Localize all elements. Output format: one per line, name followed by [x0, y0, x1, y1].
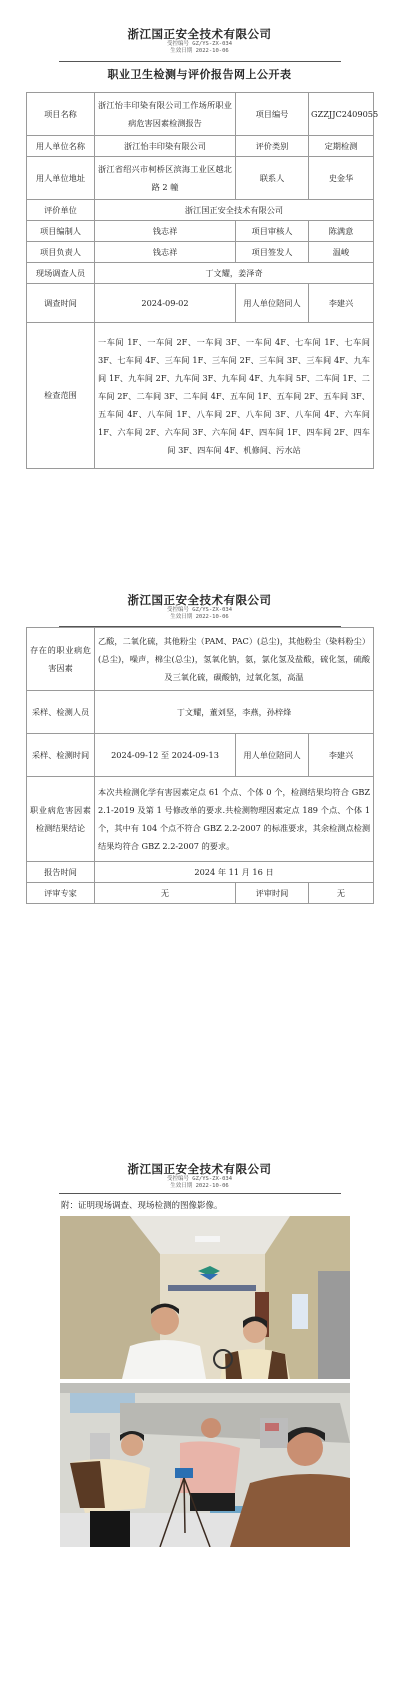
value-eval-type: 定期检测 — [309, 136, 374, 157]
label-accompany: 用人单位陪同人 — [236, 284, 309, 323]
value-accompany: 李建兴 — [309, 734, 374, 777]
page2-header: 浙江国正安全技术有限公司 受控编号 GZ/YS-ZX-034 生效日期 2022… — [0, 593, 399, 621]
disclosure-table-1b: 项目编制人 钱志祥 项目审核人 陈满意 项目负责人 钱志祥 项目签发人 温峻 现… — [26, 220, 374, 469]
label-hazards: 存在的职业病危害因素 — [27, 628, 95, 691]
site-testing-photo — [60, 1383, 350, 1547]
effective-date: 生效日期 2022-10-06 — [0, 1183, 399, 1190]
header-rule — [59, 61, 341, 62]
label-compiler: 项目编制人 — [27, 221, 95, 242]
label-issuer: 项目签发人 — [236, 242, 309, 263]
appendix-caption: 附：证明现场调查、现场检测的图像影像。 — [61, 1199, 223, 1211]
value-report-time: 2024 年 11 月 16 日 — [95, 862, 374, 883]
label-eval-type: 评价类别 — [236, 136, 309, 157]
value-conclusion: 本次共检测化学有害因素定点 61 个点、个体 0 个，检测结果均符合 GBZ 2… — [95, 777, 374, 862]
disclosure-table-1: 项目名称 浙江怡丰印染有限公司工作场所职业病危害因素检测报告 项目编号 GZZJ… — [26, 92, 374, 221]
label-reviewer: 项目审核人 — [236, 221, 309, 242]
effective-date: 生效日期 2022-10-06 — [0, 48, 399, 55]
label-surveyors: 现场调查人员 — [27, 263, 95, 284]
page1-header: 浙江国正安全技术有限公司 受控编号 GZ/YS-ZX-034 生效日期 2022… — [0, 27, 399, 55]
company-name: 浙江国正安全技术有限公司 — [0, 1162, 399, 1176]
label-review-time: 评审时间 — [236, 883, 309, 904]
effective-date: 生效日期 2022-10-06 — [0, 614, 399, 621]
disclosure-table-2: 存在的职业病危害因素 乙酸，二氧化硫，其他粉尘（PAM、PAC）(总尘)，其他粉… — [26, 627, 374, 904]
control-number: 受控编号 GZ/YS-ZX-034 — [0, 41, 399, 48]
site-survey-illustration — [60, 1216, 350, 1379]
value-reviewer: 陈满意 — [309, 221, 374, 242]
label-contact: 联系人 — [236, 157, 309, 200]
label-leader: 项目负责人 — [27, 242, 95, 263]
value-hazards: 乙酸，二氧化硫，其他粉尘（PAM、PAC）(总尘)，其他粉尘（染料粉尘）(总尘)… — [95, 628, 374, 691]
value-compiler: 钱志祥 — [95, 221, 236, 242]
company-name: 浙江国正安全技术有限公司 — [0, 593, 399, 607]
value-sample-time: 2024-09-12 至 2024-09-13 — [95, 734, 236, 777]
value-issuer: 温峻 — [309, 242, 374, 263]
label-expert: 评审专家 — [27, 883, 95, 904]
label-employer-name: 用人单位名称 — [27, 136, 95, 157]
header-rule — [59, 1193, 341, 1194]
value-eval-unit: 浙江国正安全技术有限公司 — [95, 200, 374, 221]
label-project-name: 项目名称 — [27, 93, 95, 136]
page3-header: 浙江国正安全技术有限公司 受控编号 GZ/YS-ZX-034 生效日期 2022… — [0, 1162, 399, 1190]
value-employer-name: 浙江怡丰印染有限公司 — [95, 136, 236, 157]
value-project-name: 浙江怡丰印染有限公司工作场所职业病危害因素检测报告 — [95, 93, 236, 136]
site-testing-illustration — [60, 1383, 350, 1547]
control-number: 受控编号 GZ/YS-ZX-034 — [0, 1176, 399, 1183]
value-surveyors: 丁文耀，姜泽奇 — [95, 263, 374, 284]
page-title: 职业卫生检测与评价报告网上公开表 — [0, 66, 399, 82]
label-report-time: 报告时间 — [27, 862, 95, 883]
label-project-no: 项目编号 — [236, 93, 309, 136]
value-survey-time: 2024-09-02 — [95, 284, 236, 323]
value-leader: 钱志祥 — [95, 242, 236, 263]
value-accompany: 李建兴 — [309, 284, 374, 323]
value-contact: 史金华 — [309, 157, 374, 200]
label-sample-time: 采样、检测时间 — [27, 734, 95, 777]
label-survey-time: 调查时间 — [27, 284, 95, 323]
label-accompany: 用人单位陪同人 — [236, 734, 309, 777]
control-number: 受控编号 GZ/YS-ZX-034 — [0, 607, 399, 614]
label-scope: 检查范围 — [27, 323, 95, 469]
value-review-time: 无 — [309, 883, 374, 904]
label-conclusion: 职业病危害因素检测结果结论 — [27, 777, 95, 862]
label-employer-address: 用人单位地址 — [27, 157, 95, 200]
value-employer-address: 浙江省绍兴市柯桥区滨海工业区越北路 2 幢 — [95, 157, 236, 200]
value-expert: 无 — [95, 883, 236, 904]
value-samplers: 丁文耀，董刘坚，李燕，孙梓烽 — [95, 691, 374, 734]
label-samplers: 采样、检测人员 — [27, 691, 95, 734]
value-project-no: GZZJJC2409055 — [309, 93, 374, 136]
site-survey-photo — [60, 1216, 350, 1379]
value-scope: 一车间 1F、一车间 2F、一车间 3F、一车间 4F、七车间 1F、七车间 3… — [95, 323, 374, 469]
company-name: 浙江国正安全技术有限公司 — [0, 27, 399, 41]
label-eval-unit: 评价单位 — [27, 200, 95, 221]
